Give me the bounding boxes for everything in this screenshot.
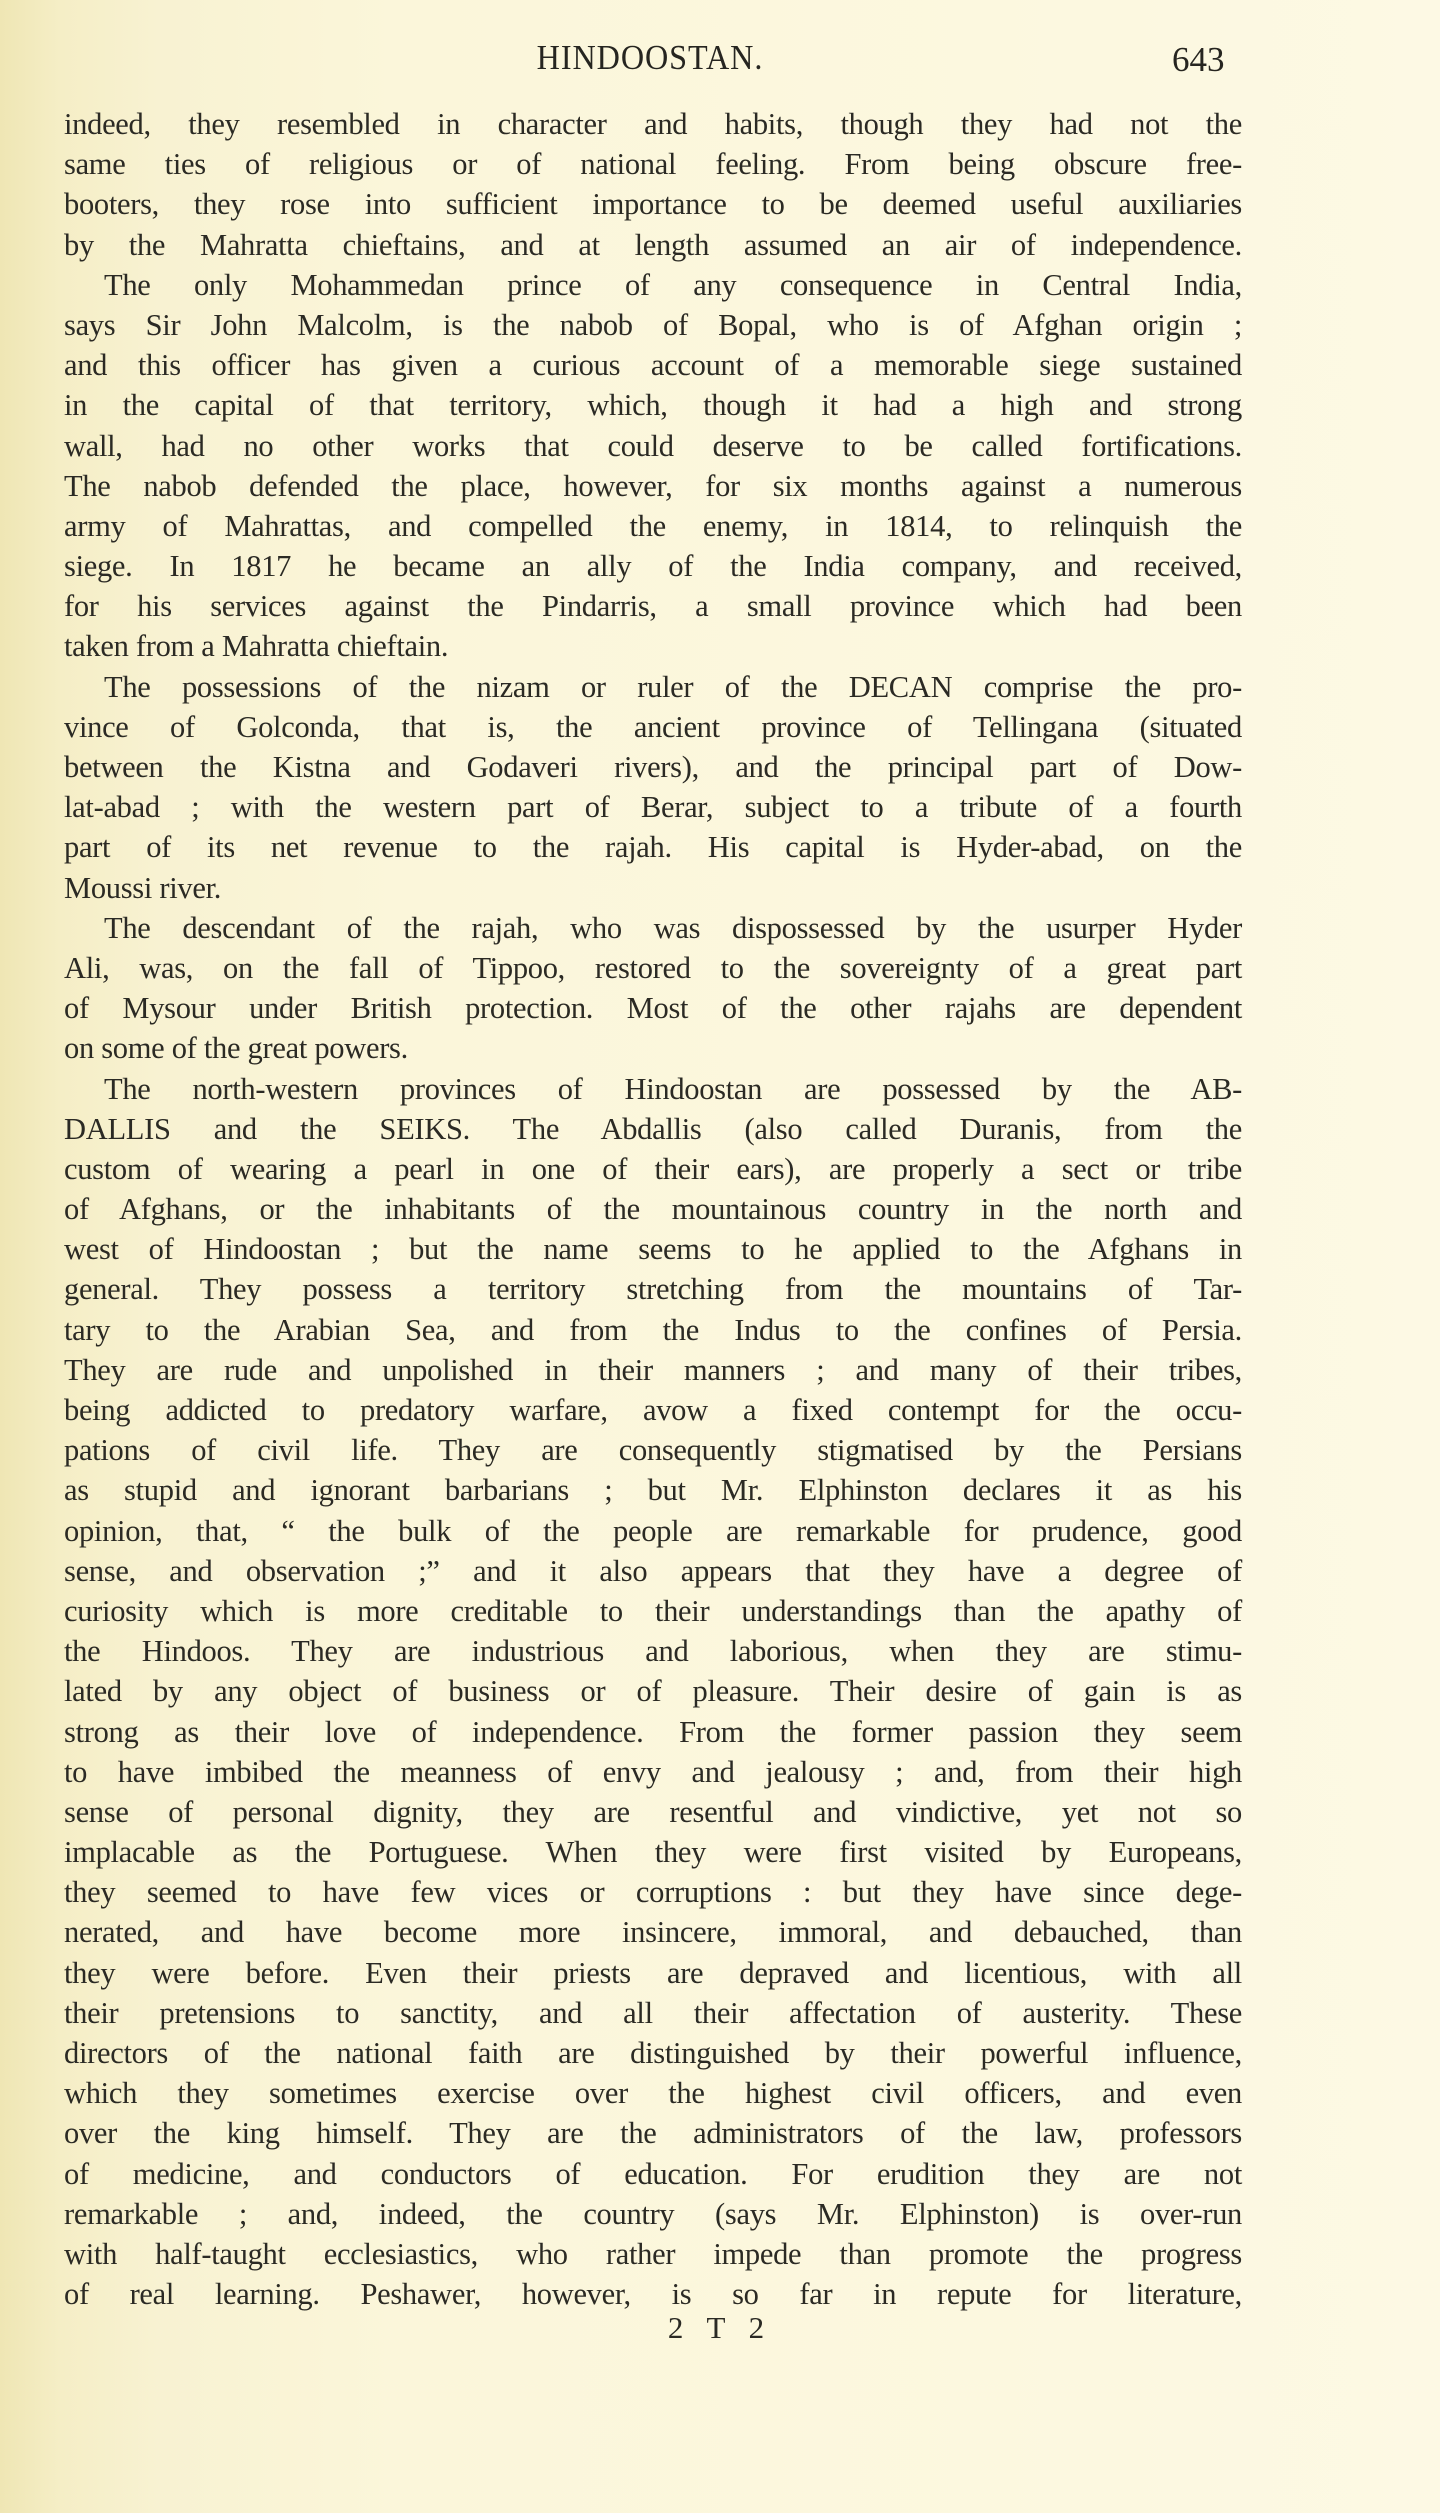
paragraph: The descendant of the rajah, who was dis… bbox=[64, 908, 1242, 1069]
text-line: over the king himself. They are the admi… bbox=[64, 2113, 1242, 2153]
text-line: of Afghans, or the inhabitants of the mo… bbox=[64, 1189, 1242, 1229]
paragraph: The north-western provinces of Hindoosta… bbox=[64, 1069, 1242, 2315]
text-line: Ali, was, on the fall of Tippoo, restore… bbox=[64, 948, 1242, 988]
text-line: DALLIS and the SEIKS. The Abdallis (also… bbox=[64, 1109, 1242, 1149]
text-line: they were before. Even their priests are… bbox=[64, 1953, 1242, 1993]
paragraph: The possessions of the nizam or ruler of… bbox=[64, 667, 1242, 908]
text-line: of real learning. Peshawer, however, is … bbox=[64, 2274, 1242, 2314]
text-line: The only Mohammedan prince of any conseq… bbox=[64, 265, 1242, 305]
text-line: custom of wearing a pearl in one of thei… bbox=[64, 1149, 1242, 1189]
text-line: The possessions of the nizam or ruler of… bbox=[64, 667, 1242, 707]
text-line: part of its net revenue to the rajah. Hi… bbox=[64, 827, 1242, 867]
printer-signature-mark: 2 T 2 bbox=[0, 2310, 1440, 2346]
text-line: remarkable ; and, indeed, the country (s… bbox=[64, 2194, 1242, 2234]
paragraph: The only Mohammedan prince of any conseq… bbox=[64, 265, 1242, 667]
text-line: being addicted to predatory warfare, avo… bbox=[64, 1390, 1242, 1430]
text-line: on some of the great powers. bbox=[64, 1028, 1242, 1068]
body-text: indeed, they resembled in character and … bbox=[64, 104, 1242, 2314]
text-line: tary to the Arabian Sea, and from the In… bbox=[64, 1310, 1242, 1350]
text-line: vince of Golconda, that is, the ancient … bbox=[64, 707, 1242, 747]
text-line: they seemed to have few vices or corrupt… bbox=[64, 1872, 1242, 1912]
text-line: the Hindoos. They are industrious and la… bbox=[64, 1631, 1242, 1671]
text-line: taken from a Mahratta chieftain. bbox=[64, 626, 1242, 666]
text-line: strong as their love of independence. Fr… bbox=[64, 1712, 1242, 1752]
text-line: lat-abad ; with the western part of Bera… bbox=[64, 787, 1242, 827]
text-line: by the Mahratta chieftains, and at lengt… bbox=[64, 225, 1242, 265]
text-line: directors of the national faith are dist… bbox=[64, 2033, 1242, 2073]
text-line: wall, had no other works that could dese… bbox=[64, 426, 1242, 466]
text-line: indeed, they resembled in character and … bbox=[64, 104, 1242, 144]
text-line: army of Mahrattas, and compelled the ene… bbox=[64, 506, 1242, 546]
text-line: to have imbibed the meanness of envy and… bbox=[64, 1752, 1242, 1792]
text-line: siege. In 1817 he became an ally of the … bbox=[64, 546, 1242, 586]
text-line: west of Hindoostan ; but the name seems … bbox=[64, 1229, 1242, 1269]
text-line: pations of civil life. They are conseque… bbox=[64, 1430, 1242, 1470]
text-line: which they sometimes exercise over the h… bbox=[64, 2073, 1242, 2113]
text-line: nerated, and have become more insincere,… bbox=[64, 1912, 1242, 1952]
book-page: HINDOOSTAN. 643 indeed, they resembled i… bbox=[0, 0, 1440, 2513]
text-line: sense of personal dignity, they are rese… bbox=[64, 1792, 1242, 1832]
text-line: implacable as the Portuguese. When they … bbox=[64, 1832, 1242, 1872]
text-line: The nabob defended the place, however, f… bbox=[64, 466, 1242, 506]
text-line: as stupid and ignorant barbarians ; but … bbox=[64, 1470, 1242, 1510]
text-line: sense, and observation ;” and it also ap… bbox=[64, 1551, 1242, 1591]
running-head: HINDOOSTAN. 643 bbox=[0, 38, 1440, 88]
text-line: with half-taught ecclesiastics, who rath… bbox=[64, 2234, 1242, 2274]
text-line: The north-western provinces of Hindoosta… bbox=[64, 1069, 1242, 1109]
page-number: 643 bbox=[1172, 40, 1225, 80]
text-line: The descendant of the rajah, who was dis… bbox=[64, 908, 1242, 948]
text-line: says Sir John Malcolm, is the nabob of B… bbox=[64, 305, 1242, 345]
text-line: Moussi river. bbox=[64, 868, 1242, 908]
text-line: for his services against the Pindarris, … bbox=[64, 586, 1242, 626]
text-line: of Mysour under British protection. Most… bbox=[64, 988, 1242, 1028]
text-line: booters, they rose into sufficient impor… bbox=[64, 184, 1242, 224]
text-line: in the capital of that territory, which,… bbox=[64, 385, 1242, 425]
text-line: of medicine, and conductors of education… bbox=[64, 2154, 1242, 2194]
text-line: their pretensions to sanctity, and all t… bbox=[64, 1993, 1242, 2033]
text-line: opinion, that, “ the bulk of the people … bbox=[64, 1511, 1242, 1551]
running-title: HINDOOSTAN. bbox=[512, 38, 788, 78]
text-line: between the Kistna and Godaveri rivers),… bbox=[64, 747, 1242, 787]
text-line: They are rude and unpolished in their ma… bbox=[64, 1350, 1242, 1390]
text-line: and this officer has given a curious acc… bbox=[64, 345, 1242, 385]
text-line: same ties of religious or of national fe… bbox=[64, 144, 1242, 184]
text-line: lated by any object of business or of pl… bbox=[64, 1671, 1242, 1711]
paragraph: indeed, they resembled in character and … bbox=[64, 104, 1242, 265]
text-line: general. They possess a territory stretc… bbox=[64, 1269, 1242, 1309]
text-line: curiosity which is more creditable to th… bbox=[64, 1591, 1242, 1631]
